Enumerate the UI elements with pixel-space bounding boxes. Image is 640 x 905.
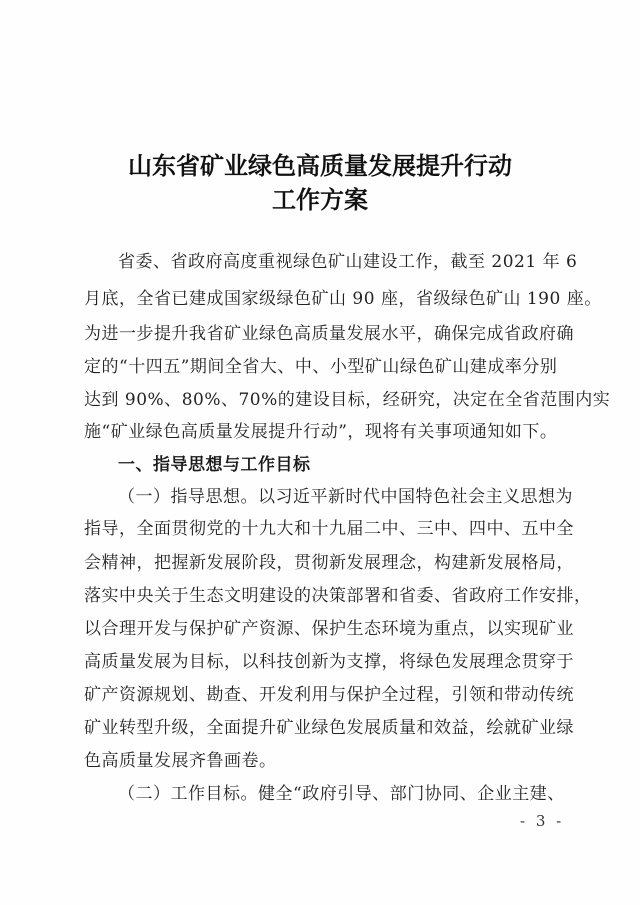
paragraph-line: 达到 90%、80%、70%的建设目标，经研究，决定在全省范围内实 bbox=[84, 390, 556, 410]
document-page: 山东省矿业绿色高质量发展提升行动 工作方案 省委、省政府高度重视绿色矿山建设工作… bbox=[0, 0, 640, 905]
paragraph-line: 色高质量发展齐鲁画卷。 bbox=[84, 751, 556, 771]
paragraph-line: 落实中央关于生态文明建设的决策部署和省委、省政府工作安排， bbox=[84, 586, 556, 606]
paragraph-line: （二）工作目标。健全“政府引导、部门协同、企业主建、 bbox=[118, 784, 556, 804]
paragraph-line: 省委、省政府高度重视绿色矿山建设工作，截至 2021 年 6 bbox=[118, 252, 556, 272]
paragraph-line: （一）指导思想。以习近平新时代中国特色社会主义思想为 bbox=[118, 487, 556, 507]
paragraph-line: 施“矿业绿色高质量发展提升行动”，现将有关事项通知如下。 bbox=[84, 422, 556, 442]
page-number: - 3 - bbox=[520, 812, 564, 830]
paragraph-line: 高质量发展为目标，以科技创新为支撑，将绿色发展理念贯穿于 bbox=[84, 652, 556, 672]
document-title-line-2: 工作方案 bbox=[0, 180, 640, 215]
paragraph-line: 矿业转型升级，全面提升矿业绿色发展质量和效益，绘就矿业绿 bbox=[84, 718, 556, 738]
section-heading: 一、指导思想与工作目标 bbox=[118, 455, 311, 475]
paragraph-line: 指导，全面贯彻党的十九大和十九届二中、三中、四中、五中全 bbox=[84, 519, 556, 539]
paragraph-line: 定的“十四五”期间全省大、中、小型矿山绿色矿山建成率分别 bbox=[84, 357, 556, 377]
document-title-line-1: 山东省矿业绿色高质量发展提升行动 bbox=[0, 146, 640, 181]
paragraph-line: 以合理开发与保护矿产资源、保护生态环境为重点，以实现矿业 bbox=[84, 619, 556, 639]
paragraph-line: 会精神，把握新发展阶段，贯彻新发展理念，构建新发展格局， bbox=[84, 553, 556, 573]
paragraph-line: 月底，全省已建成国家级绿色矿山 90 座，省级绿色矿山 190 座。 bbox=[84, 289, 556, 309]
paragraph-line: 为进一步提升我省矿业绿色高质量发展水平，确保完成省政府确 bbox=[84, 324, 556, 344]
paragraph-line: 矿产资源规划、勘查、开发利用与保护全过程，引领和带动传统 bbox=[84, 685, 556, 705]
